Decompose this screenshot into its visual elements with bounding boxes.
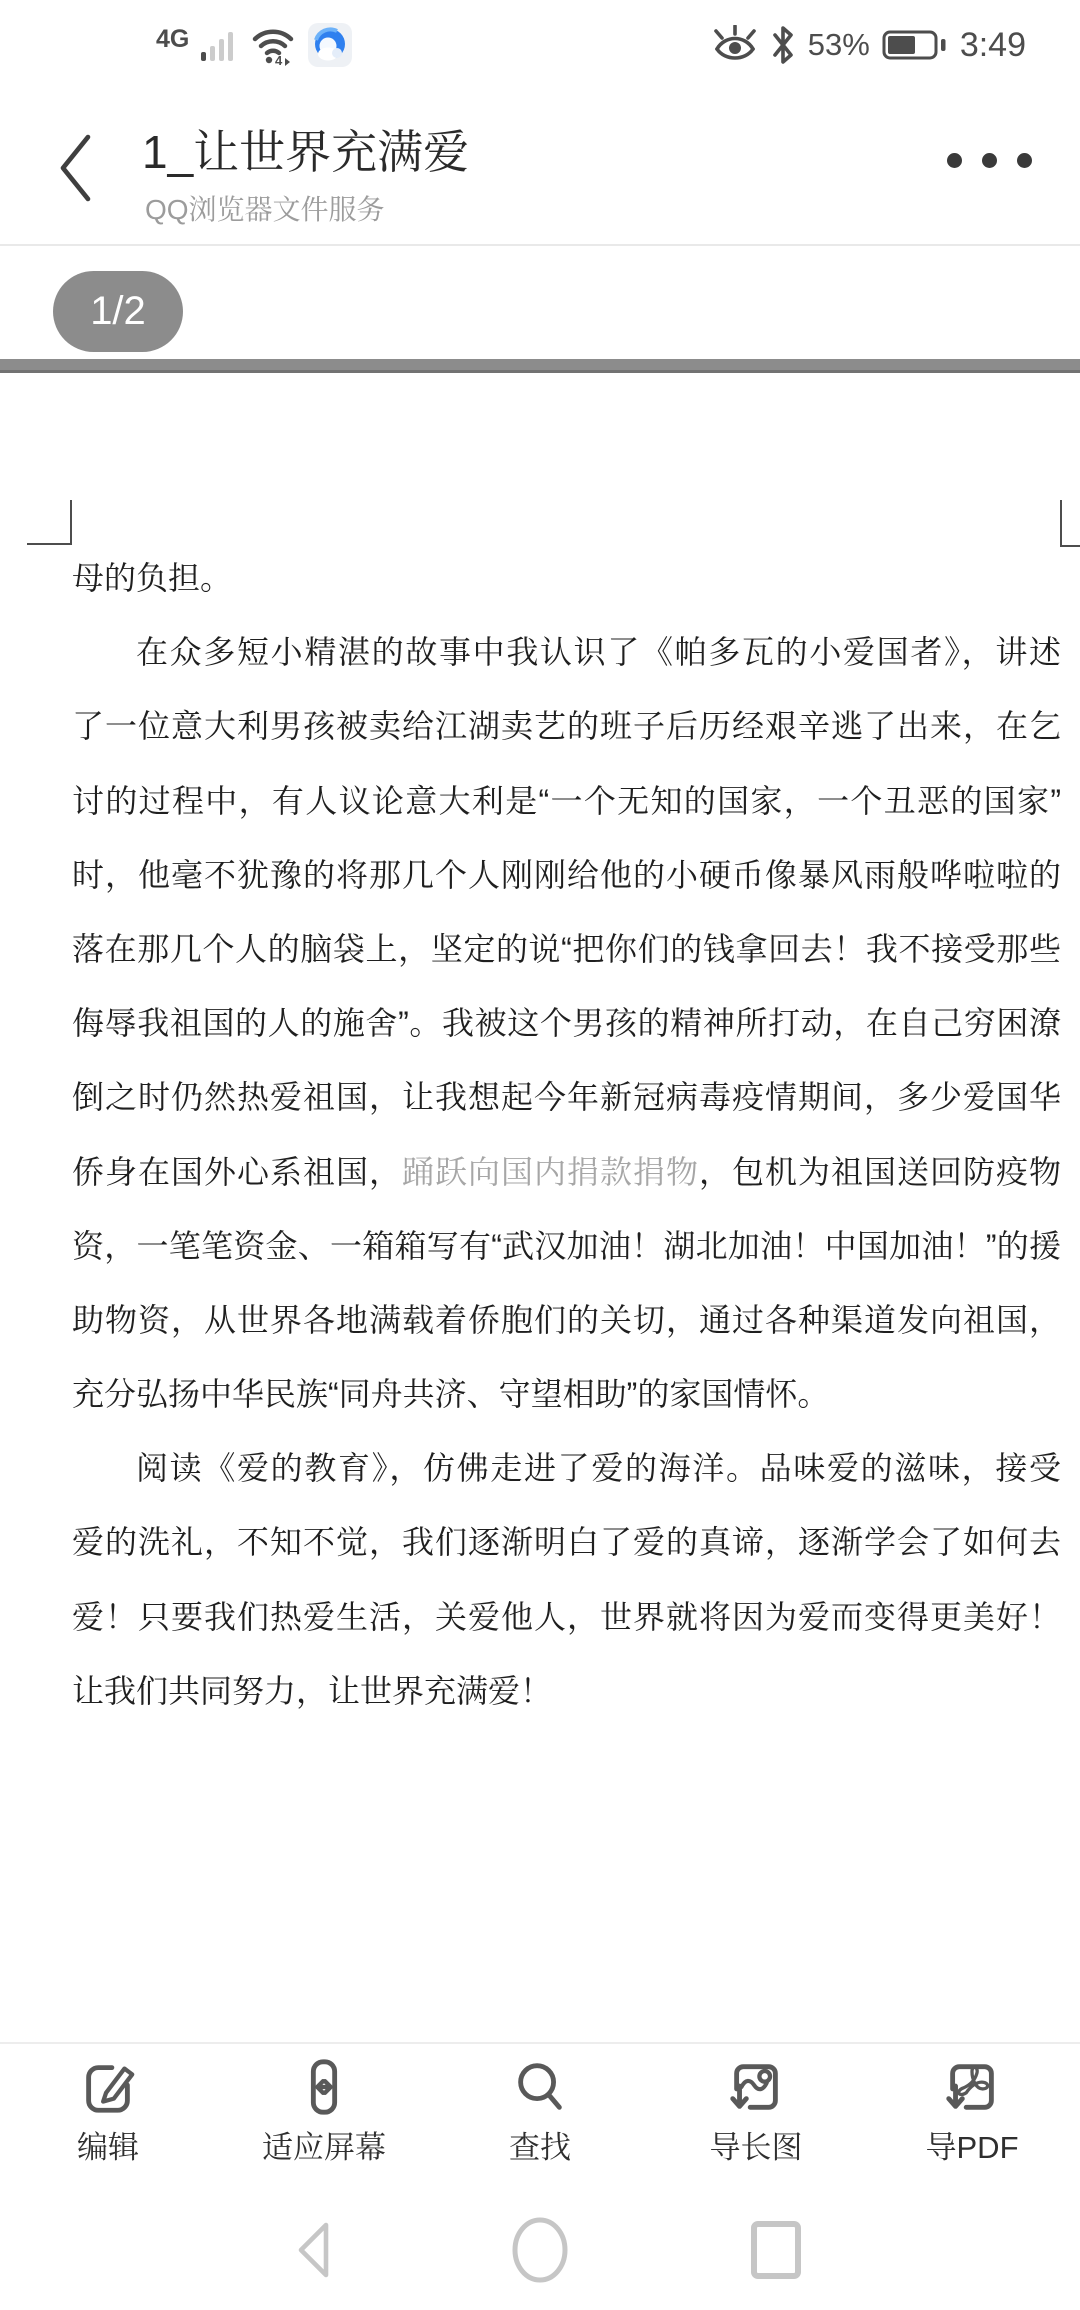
page-indicator-badge: 1/2 — [53, 271, 183, 352]
qq-browser-icon — [307, 22, 353, 68]
progress-bar — [0, 359, 1080, 373]
document-line: 在众多短小精湛的故事中我认识了《帕多瓦的小爱国者》，讲述 — [72, 615, 1061, 689]
fit-screen-icon — [293, 2044, 355, 2118]
status-bar-left: 4G 4 — [156, 0, 353, 90]
nav-home-button[interactable] — [460, 2190, 620, 2310]
document-line: 爱的洗礼，不知不觉，我们逐渐明白了爱的真谛，逐渐学会了如何去 — [72, 1505, 1061, 1579]
nav-back-button[interactable] — [233, 2190, 393, 2310]
chevron-left-icon — [56, 132, 94, 204]
toolbar-item-export-long-image[interactable]: 导长图 — [648, 2044, 864, 2192]
toolbar-item-edit[interactable]: 编辑 — [0, 2044, 216, 2192]
document-line: 了一位意大利男孩被卖给江湖卖艺的班子后历经艰辛逃了出来，在乞 — [72, 689, 1061, 763]
toolbar-label: 适应屏幕 — [262, 2122, 386, 2167]
clock-time: 3:49 — [960, 26, 1026, 65]
network-type-label: 4G — [156, 25, 189, 54]
text-boundary-corner-right — [1060, 500, 1062, 547]
nav-recents-button[interactable] — [696, 2190, 856, 2310]
page-title: 1_让世界充满爱 — [142, 116, 469, 182]
eye-comfort-icon — [712, 25, 758, 65]
toolbar-item-fit-screen[interactable]: 适应屏幕 — [216, 2044, 432, 2192]
document-line: 资，一笔笔资金、一箱箱写有“武汉加油！湖北加油！中国加油！”的援 — [72, 1209, 1061, 1283]
document-text: 母的负担。在众多短小精湛的故事中我认识了《帕多瓦的小爱国者》，讲述了一位意大利男… — [72, 541, 1061, 1728]
document-line: 爱！只要我们热爱生活，关爱他人，世界就将因为爱而变得更美好！ — [72, 1580, 1061, 1654]
screen: 4G 4 — [0, 0, 1080, 2310]
more-dots-icon — [947, 153, 962, 168]
document-line: 让我们共同努力，让世界充满爱！ — [72, 1654, 1061, 1728]
document-line: 倒之时仍然热爱祖国，让我想起今年新冠病毒疫情期间，多少爱国华 — [72, 1060, 1061, 1134]
header-divider — [0, 244, 1080, 246]
toolbar-label: 查找 — [509, 2122, 571, 2167]
edit-icon — [77, 2044, 139, 2118]
text-boundary-corner-left — [70, 500, 72, 545]
wifi-icon: 4 — [249, 23, 297, 67]
status-bar: 4G 4 — [0, 0, 1080, 90]
document-line: 讨的过程中，有人议论意大利是“一个无知的国家，一个丑恶的国家” — [72, 764, 1061, 838]
bluetooth-icon — [770, 24, 796, 66]
page-subtitle: QQ浏览器文件服务 — [145, 188, 385, 228]
toolbar-label: 导长图 — [710, 2122, 803, 2167]
battery-icon — [882, 28, 948, 62]
header: 1_让世界充满爱 QQ浏览器文件服务 — [0, 90, 1080, 246]
status-bar-right: 53% 3:49 — [712, 0, 1026, 90]
toolbar-item-find[interactable]: 查找 — [432, 2044, 648, 2192]
export-long-image-icon — [725, 2044, 787, 2118]
search-icon — [509, 2044, 571, 2118]
toolbar: 编辑 适应屏幕 查找 — [0, 2042, 1080, 2192]
nav-bar — [0, 2190, 1080, 2310]
signal-bars-icon — [199, 26, 239, 64]
text-boundary-corner-right — [1060, 545, 1080, 547]
svg-text:4: 4 — [275, 53, 283, 67]
document-line: 侨身在国外心系祖国，踊跃向国内捐款捐物，包机为祖国送回防疫物 — [72, 1135, 1061, 1209]
recents-square-icon — [750, 2220, 802, 2280]
document-line: 助物资，从世界各地满载着侨胞们的关切，通过各种渠道发向祖国， — [72, 1283, 1061, 1357]
text-boundary-corner-left — [27, 543, 72, 545]
toolbar-label: 编辑 — [77, 2122, 139, 2167]
document-line: 落在那几个人的脑袋上，坚定的说“把你们的钱拿回去！我不接受那些 — [72, 912, 1061, 986]
document-line: 时，他毫不犹豫的将那几个人刚刚给他的小硬币像暴风雨般哗啦啦的 — [72, 838, 1061, 912]
document-line: 充分弘扬中华民族“同舟共济、守望相助”的家国情怀。 — [72, 1357, 1061, 1431]
battery-percent-label: 53% — [808, 27, 870, 63]
toolbar-item-export-pdf[interactable]: 导PDF — [864, 2044, 1080, 2192]
document-line: 侮辱我祖国的人的施舍”。我被这个男孩的精神所打动，在自己穷困潦 — [72, 986, 1061, 1060]
back-button[interactable] — [40, 118, 110, 218]
toolbar-label: 导PDF — [926, 2122, 1019, 2167]
document-page[interactable]: 母的负担。在众多短小精湛的故事中我认识了《帕多瓦的小爱国者》，讲述了一位意大利男… — [0, 373, 1080, 2042]
more-menu-button[interactable] — [934, 130, 1044, 190]
export-pdf-icon — [941, 2044, 1003, 2118]
document-line: 母的负担。 — [72, 541, 1061, 615]
back-triangle-icon — [293, 2220, 333, 2280]
home-circle-icon — [510, 2216, 570, 2284]
document-line: 阅读《爱的教育》，仿佛走进了爱的海洋。品味爱的滋味，接受 — [72, 1431, 1061, 1505]
